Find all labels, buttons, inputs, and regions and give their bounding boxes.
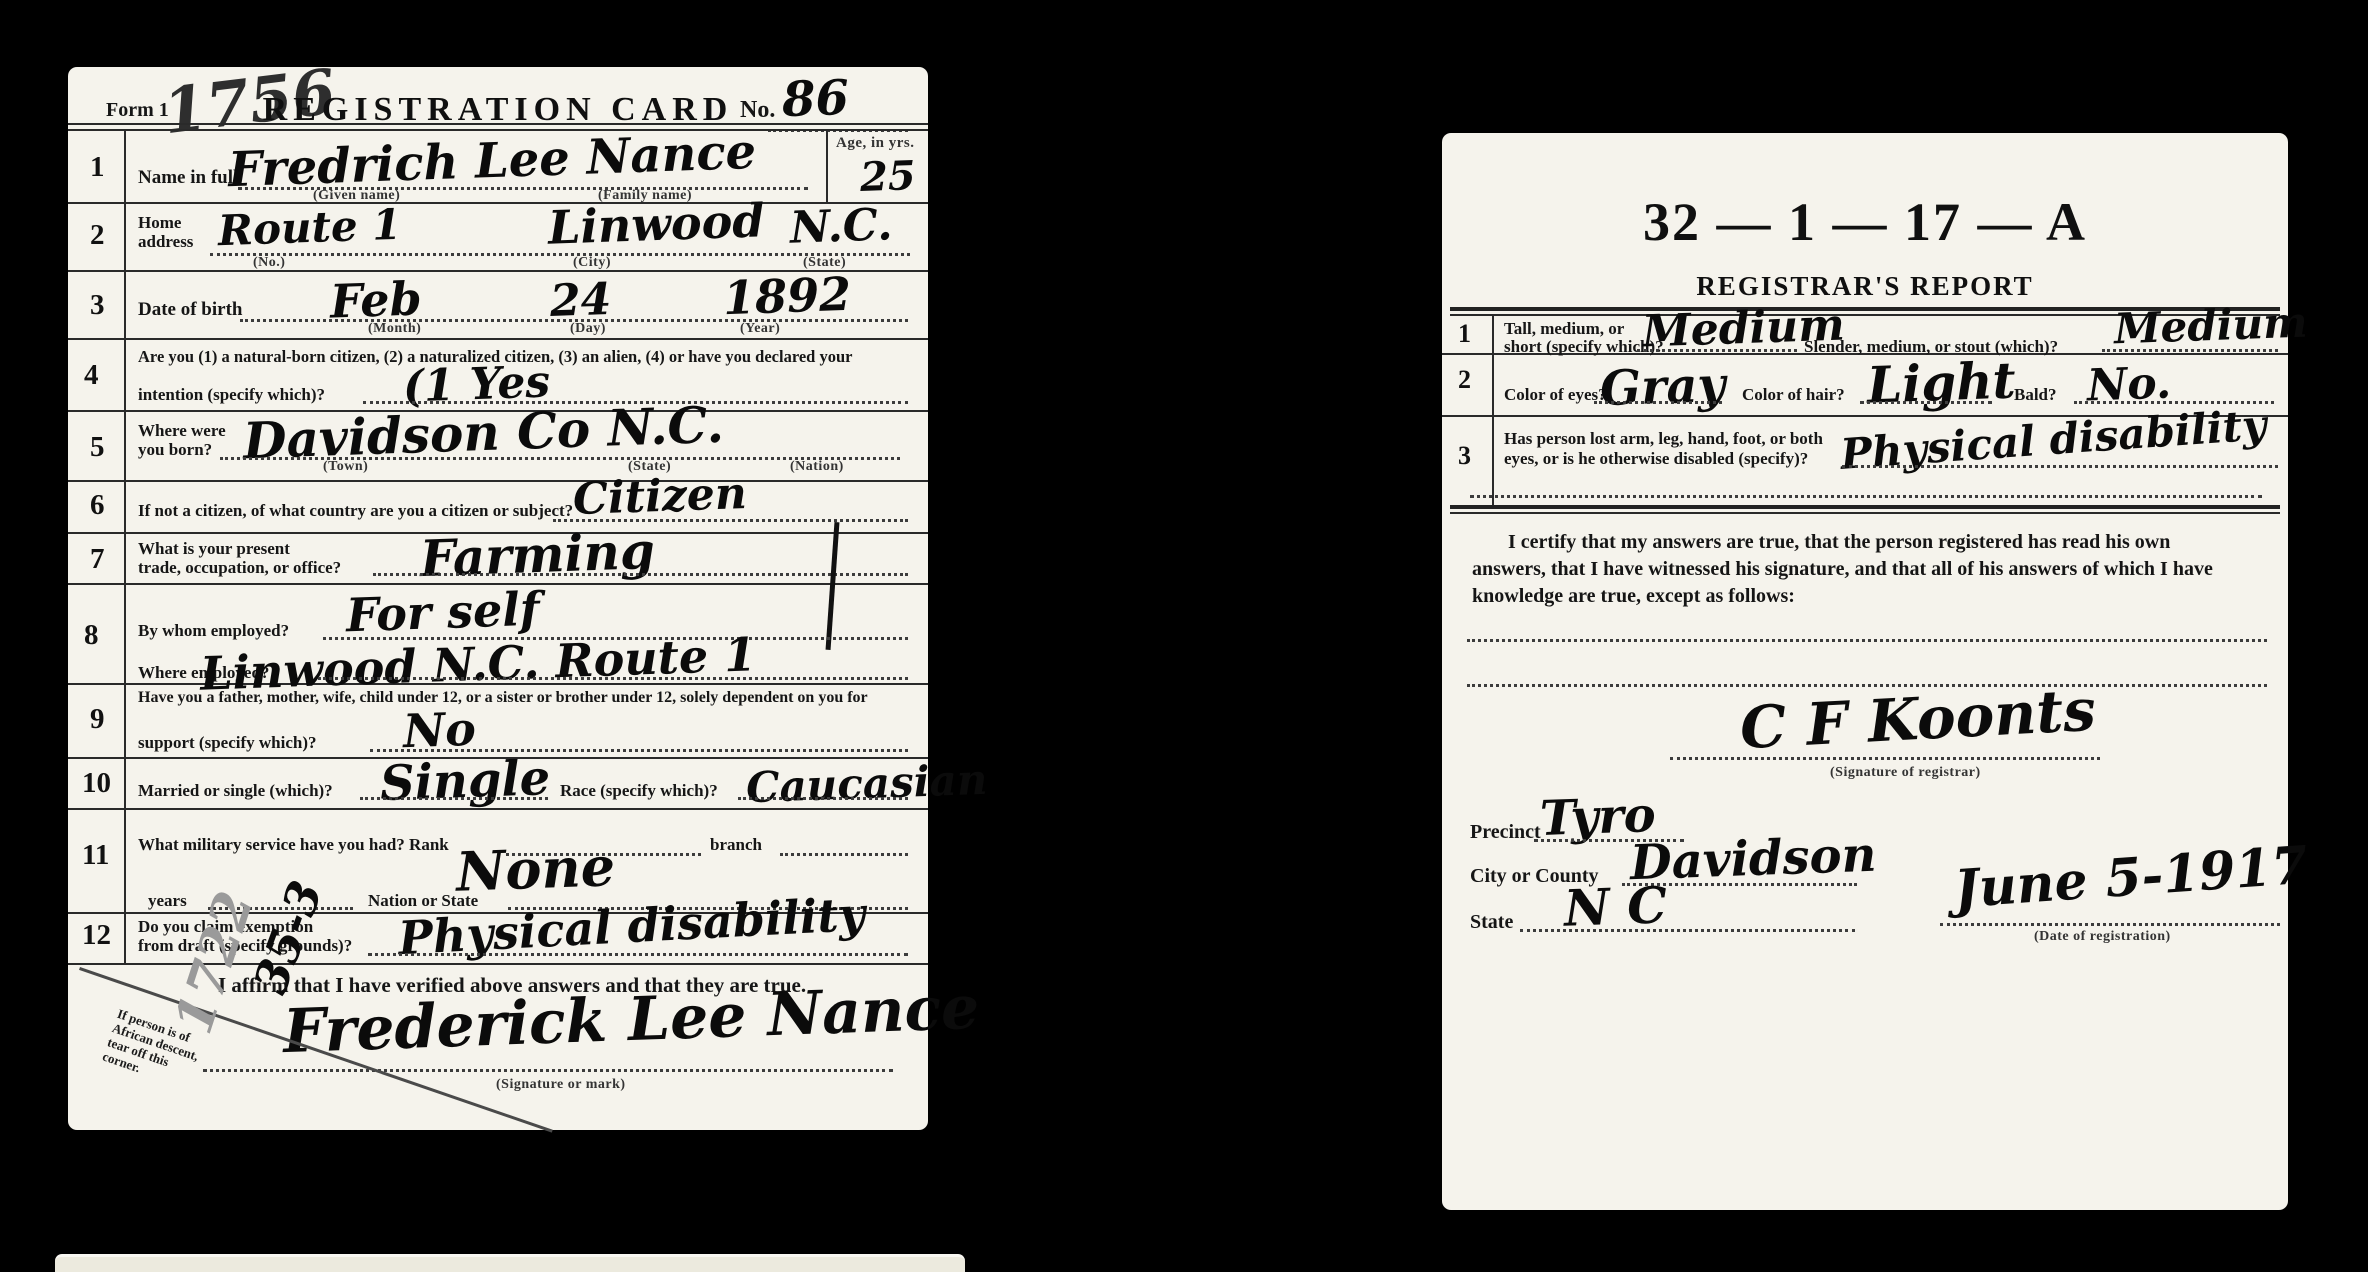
citizen-question-line2: intention (specify which)? (138, 385, 325, 405)
field-number: 12 (82, 919, 111, 952)
name-label: Name in full (138, 167, 238, 189)
dotted-line (1670, 757, 2100, 760)
height-label-line1: Tall, medium, or (1504, 319, 1624, 339)
trade-value: Farming (419, 521, 656, 588)
city-sublabel: (City) (573, 255, 611, 271)
hair-color-label: Color of hair? (1742, 385, 1845, 405)
disability-label-line1: Has person lost arm, leg, hand, foot, or… (1504, 429, 1823, 449)
field-number: 3 (1458, 441, 1471, 471)
dotted-line (360, 797, 548, 800)
month-sublabel: (Month) (368, 321, 421, 337)
age-box-line (826, 129, 828, 202)
registrar-signature-caption: (Signature of registrar) (1830, 765, 1981, 781)
age-label: Age, in yrs. (836, 135, 915, 152)
registrar-signature: C F Koonts (1738, 676, 2097, 763)
row-rule (68, 480, 928, 482)
dotted-line (1467, 639, 2267, 642)
field-number: 3 (90, 289, 105, 322)
dotted-line (780, 853, 908, 856)
no-label: No. (740, 97, 775, 124)
not-citizen-value: Citizen (572, 468, 747, 525)
by-whom-employed-label: By whom employed? (138, 621, 289, 641)
signature-caption: (Signature or mark) (496, 1077, 626, 1093)
certification-line: knowledge are true, except as follows: (1472, 583, 2262, 610)
report-title: REGISTRAR'S REPORT (1442, 271, 2288, 302)
heavy-rule (1450, 512, 2280, 514)
certification-line: I certify that my answers are true, that… (1472, 529, 2262, 556)
state-label: State (1470, 911, 1513, 934)
dotted-line (738, 797, 908, 800)
field-number: 8 (84, 619, 99, 652)
registration-date-caption: (Date of registration) (2034, 929, 2171, 945)
not-citizen-label: If not a citizen, of what country are yo… (138, 501, 573, 521)
partial-card-edge (55, 1254, 965, 1272)
certification-paragraph: I certify that my answers are true, that… (1472, 529, 2262, 610)
dob-label: Date of birth (138, 299, 242, 321)
home-city-value: Linwood (547, 193, 765, 255)
dependents-label-line2: support (specify which)? (138, 733, 317, 753)
dotted-line (1637, 349, 1797, 352)
field-number: 2 (1458, 365, 1471, 395)
day-sublabel: (Day) (570, 321, 606, 337)
nation-sublabel: (Nation) (790, 459, 844, 475)
dotted-line (2102, 349, 2278, 352)
heavy-rule (1450, 505, 2280, 509)
height-label-line2: short (specify which)? (1504, 337, 1664, 357)
trade-label-line2: trade, occupation, or office? (138, 558, 341, 578)
dotted-line (318, 677, 908, 680)
race-label: Race (specify which)? (560, 781, 718, 801)
by-whom-employed-value: For self (345, 582, 540, 643)
no-sublabel: (No.) (253, 255, 285, 271)
hair-color-value: Light (1866, 350, 2017, 414)
county-value: Davidson (1629, 827, 1877, 892)
precinct-label: Precinct (1470, 821, 1541, 844)
report-code: 32 — 1 — 17 — A (1442, 191, 2288, 253)
field-number: 9 (90, 703, 105, 736)
header-rule (68, 123, 928, 125)
born-label-line1: Where were (138, 421, 226, 441)
build-value: Medium (2113, 298, 2308, 354)
field-number: 6 (90, 489, 105, 522)
dotted-line (1520, 929, 1855, 932)
military-service-value: None (455, 834, 616, 904)
military-service-label: What military service have you had? Rank (138, 835, 449, 855)
home-label: Home (138, 213, 181, 233)
field-number: 4 (84, 359, 99, 392)
no-value: 86 (781, 70, 850, 128)
race-value: Caucasian (745, 755, 988, 812)
year-sublabel: (Year) (740, 321, 780, 337)
disability-label-line2: eyes, or is he otherwise disabled (speci… (1504, 449, 1808, 469)
row-rule (68, 338, 928, 340)
eye-color-label: Color of eyes? (1504, 385, 1607, 405)
age-value: 25 (859, 152, 916, 201)
field-number: 1 (1458, 319, 1471, 349)
born-label-line2: you born? (138, 440, 212, 460)
branch-label: branch (710, 835, 762, 855)
dob-year-value: 1892 (722, 267, 852, 325)
field-number: 1 (90, 151, 105, 184)
field-number: 11 (82, 839, 109, 872)
registration-card: Form 1 1756 REGISTRATION CARD No. 86 1 N… (68, 67, 928, 1130)
dotted-line (1842, 465, 2278, 468)
number-column-line (124, 129, 126, 963)
field-number: 2 (90, 219, 105, 252)
header-rule (68, 129, 928, 131)
dotted-line (1594, 401, 1722, 404)
dotted-line (1860, 401, 1992, 404)
bald-label: Bald? (2014, 385, 2057, 405)
married-single-label: Married or single (which)? (138, 781, 333, 801)
years-label: years (148, 891, 187, 911)
dotted-line (1467, 684, 2267, 687)
scanned-document-page: Form 1 1756 REGISTRATION CARD No. 86 1 N… (0, 0, 2368, 1272)
field-number: 10 (82, 767, 111, 800)
dotted-line (1470, 495, 2262, 498)
dotted-line (370, 749, 908, 752)
field-number: 5 (90, 431, 105, 464)
field-number: 7 (90, 543, 105, 576)
married-single-value: Single (379, 750, 551, 812)
trade-label-line1: What is your present (138, 539, 290, 559)
address-label: address (138, 232, 193, 252)
dotted-line (368, 953, 908, 956)
number-column-line (1492, 314, 1494, 506)
dotted-line (203, 1069, 893, 1072)
eye-color-value: Gray (1599, 357, 1726, 417)
registrars-report-card: 32 — 1 — 17 — A REGISTRAR'S REPORT 1 Tal… (1442, 133, 2288, 1210)
town-sublabel: (Town) (323, 459, 368, 475)
certification-line: answers, that I have witnessed his signa… (1472, 556, 2262, 583)
pen-stroke (826, 522, 840, 650)
dotted-line (1940, 923, 2280, 926)
dotted-line (373, 573, 908, 576)
home-address-value: Route 1 (217, 200, 402, 255)
home-state-value: N.C. (789, 199, 893, 254)
dependents-label-line1: Have you a father, mother, wife, child u… (138, 689, 868, 707)
registration-date-value: June 5-1917 (1952, 835, 2309, 921)
